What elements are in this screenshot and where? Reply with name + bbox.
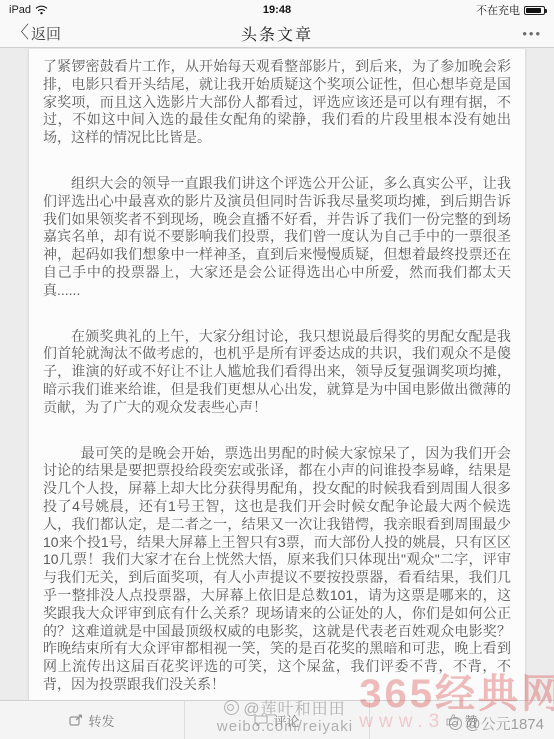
like-button[interactable]: 赞 [369,701,554,739]
article-paragraph: 组织大会的领导一直跟我们讲这个评选公开公证，多么真实公平，让我们评选出心中最喜欢… [43,175,511,300]
more-options-button[interactable]: ••• [522,26,542,41]
article-paragraph: 最可笑的是晚会开始，票选出男配的时候大家惊呆了，因为我们开会讨论的结果是要把票投… [43,445,511,694]
article-paragraph: 在颁奖典礼的上午，大家分组讨论，我只想说最后得奖的男配女配是我们首轮就淘汰不做考… [43,328,511,417]
repost-label: 转发 [88,711,114,730]
bottom-toolbar: 转发 评论 赞 [0,700,554,739]
article-card: 了紧锣密鼓看片工作，从开始每天观看整部影片，到后来，为了参加晚会彩排，电影只看开… [28,49,526,700]
ipad-screen: iPad 19:48 不在充电 〈 返回 头条文章 ••• [0,0,554,739]
nav-bar: 〈 返回 头条文章 ••• [0,20,554,48]
thumbs-up-icon [446,714,459,726]
comment-button[interactable]: 评论 [184,701,369,739]
repost-icon [69,714,83,726]
comment-icon [254,714,268,726]
article-paragraph: 了紧锣密鼓看片工作，从开始每天观看整部影片，到后来，为了参加晚会彩排，电影只看开… [43,58,511,147]
repost-button[interactable]: 转发 [0,701,184,739]
page-title: 头条文章 [0,22,554,45]
clock: 19:48 [0,4,554,16]
battery-icon [524,6,545,15]
like-label: 赞 [464,711,477,730]
article-scroll-area[interactable]: 了紧锣密鼓看片工作，从开始每天观看整部影片，到后来，为了参加晚会彩排，电影只看开… [0,49,554,700]
comment-label: 评论 [273,711,299,730]
status-bar: iPad 19:48 不在充电 [0,0,554,20]
